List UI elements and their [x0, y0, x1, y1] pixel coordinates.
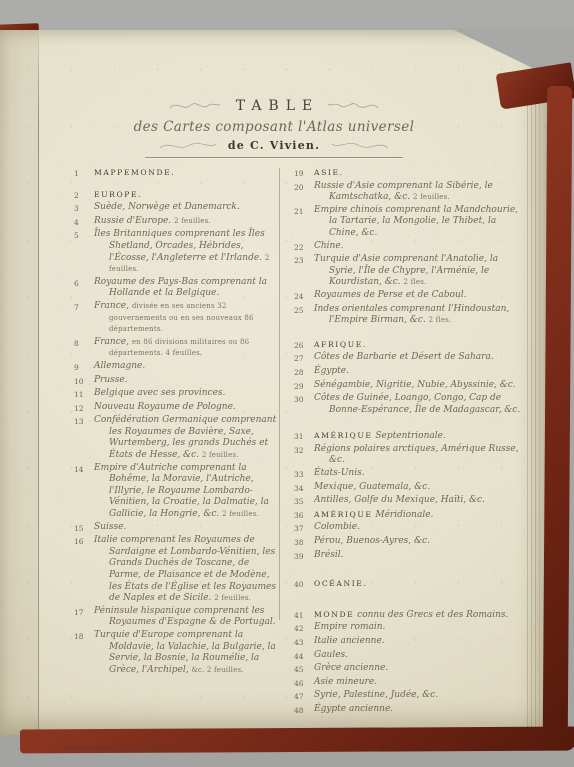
- toc-entry: 4Russie d'Europe. 2 feuilles.: [74, 216, 280, 229]
- toc-entry: 34Mexique, Guatemala, &c.: [294, 482, 524, 495]
- entry-text: Égypte ancienne.: [314, 704, 524, 717]
- entry-text: AMÉRIQUE Méridionale.: [314, 509, 524, 522]
- entry-number: 34: [294, 482, 314, 495]
- entry-number: 38: [294, 536, 314, 549]
- entry-number: 2: [74, 189, 94, 202]
- entry-number: 18: [74, 630, 94, 676]
- toc-entry: 39Brésil.: [294, 550, 524, 563]
- entry-number: 17: [74, 606, 94, 629]
- toc-entry: 28Égypte.: [294, 366, 524, 379]
- toc-entry: 8France, en 86 divisions militaires ou 8…: [74, 337, 280, 360]
- toc-entry: 20Russie d'Asie comprenant la Sibérie, l…: [294, 181, 524, 204]
- entry-number: 39: [294, 550, 314, 563]
- entry-text: Antilles, Golfe du Mexique, Haïti, &c.: [314, 495, 524, 508]
- entry-text: Indes orientales comprenant l'Hindoustan…: [314, 304, 524, 327]
- entry-text: Gaules.: [314, 650, 524, 663]
- entry-number: 33: [294, 468, 314, 481]
- entry-text: Sénégambie, Nigritie, Nubie, Abyssinie, …: [314, 380, 524, 393]
- entry-text: Côtes de Guinée, Loango, Congo, Cap de B…: [314, 393, 524, 416]
- toc-entry: 30Côtes de Guinée, Loango, Congo, Cap de…: [294, 393, 524, 416]
- entry-number: 31: [294, 430, 314, 443]
- toc-entry: 9Allemagne.: [74, 361, 280, 374]
- entry-number: 19: [294, 167, 314, 180]
- toc-entry: 42Empire romain.: [294, 622, 524, 635]
- entry-number: 4: [74, 216, 94, 229]
- toc-column-right: 19ASIE.20Russie d'Asie comprenant la Sib…: [294, 166, 524, 717]
- toc-entry: 24Royaumes de Perse et de Caboul.: [294, 290, 524, 303]
- entry-number: 16: [74, 535, 94, 605]
- toc-entry: 1MAPPEMONDE.: [74, 167, 280, 180]
- entry-number: 28: [294, 366, 314, 379]
- page-title: TABLE: [229, 98, 320, 114]
- toc-entry: 6Royaume des Pays-Bas comprenant la Holl…: [74, 277, 280, 300]
- entry-text: OCÉANIE.: [314, 578, 524, 591]
- entry-number: 29: [294, 380, 314, 393]
- entry-number: 5: [74, 229, 94, 275]
- entry-number: 6: [74, 277, 94, 300]
- toc-entry: 29Sénégambie, Nigritie, Nubie, Abyssinie…: [294, 380, 524, 393]
- entry-text: Royaumes de Perse et de Caboul.: [314, 290, 524, 303]
- toc-entry: 14Empire d'Autriche comprenant la Bohême…: [74, 463, 280, 521]
- toc-entry: 10Prusse.: [74, 375, 280, 388]
- toc-entry: 23Turquie d'Asie comprenant l'Anatolie, …: [294, 254, 524, 289]
- toc-entry: 31AMÉRIQUE Septentrionale.: [294, 430, 524, 443]
- toc-entry: 12Nouveau Royaume de Pologne.: [74, 402, 280, 415]
- entry-text: Suisse.: [94, 522, 280, 535]
- toc-entry: 7France, divisée en ses anciens 32 gouve…: [74, 301, 280, 336]
- entry-number: 1: [74, 167, 94, 180]
- toc-entry: 2EUROPE.: [74, 189, 280, 202]
- entry-number: 40: [294, 578, 314, 591]
- toc-entry: 18Turquie d'Europe comprenant la Moldavi…: [74, 630, 280, 676]
- entry-text: Confédération Germanique comprenant les …: [94, 415, 280, 461]
- entry-number: 37: [294, 522, 314, 535]
- entry-number: 44: [294, 650, 314, 663]
- scanned-atlas-page: TABLE des Cartes composant l'Atlas unive…: [0, 0, 574, 767]
- entry-text: Asie mineure.: [314, 677, 524, 690]
- entry-number: 48: [294, 704, 314, 717]
- entry-text: Pérou, Buenos-Ayres, &c.: [314, 536, 524, 549]
- entry-number: 30: [294, 393, 314, 416]
- flourish-left-icon: [169, 99, 221, 113]
- entry-text: Mexique, Guatemala, &c.: [314, 482, 524, 495]
- entry-text: Royaume des Pays-Bas comprenant la Holla…: [94, 277, 280, 300]
- entry-number: 8: [74, 337, 94, 360]
- toc-entry: 35Antilles, Golfe du Mexique, Haïti, &c.: [294, 495, 524, 508]
- header-rule: [145, 157, 403, 158]
- toc-entry: 21Empire chinois comprenant la Mandchour…: [294, 205, 524, 240]
- entry-number: 43: [294, 636, 314, 649]
- entry-text: Empire romain.: [314, 622, 524, 635]
- entry-number: 20: [294, 181, 314, 204]
- toc-entry: 47Syrie, Palestine, Judée, &c.: [294, 690, 524, 703]
- entry-text: Nouveau Royaume de Pologne.: [94, 402, 280, 415]
- entry-text: Îles Britanniques comprenant les Îles Sh…: [94, 229, 280, 275]
- toc-entry: 32Régions polaires arctiques, Amérique R…: [294, 444, 524, 467]
- flourish-author-left-icon: [158, 140, 218, 152]
- entry-text: Empire chinois comprenant la Mandchourie…: [314, 205, 524, 240]
- entry-number: 46: [294, 677, 314, 690]
- toc-entry: 26AFRIQUE.: [294, 339, 524, 352]
- page-gutter-shadow: [0, 30, 38, 735]
- entry-text: Syrie, Palestine, Judée, &c.: [314, 690, 524, 703]
- entry-number: 21: [294, 205, 314, 240]
- toc-entry: 48Égypte ancienne.: [294, 704, 524, 717]
- entry-text: Turquie d'Asie comprenant l'Anatolie, la…: [314, 254, 524, 289]
- entry-text: Empire d'Autriche comprenant la Bohême, …: [94, 463, 280, 521]
- entry-text: MONDE connu des Grecs et des Romains.: [314, 609, 524, 622]
- entry-number: 7: [74, 301, 94, 336]
- entry-number: 47: [294, 690, 314, 703]
- entry-text: Italie ancienne.: [314, 636, 524, 649]
- entry-number: 45: [294, 663, 314, 676]
- entry-number: 41: [294, 609, 314, 622]
- entry-text: Chine.: [314, 241, 524, 254]
- entry-number: 9: [74, 361, 94, 374]
- toc-entry: 22Chine.: [294, 241, 524, 254]
- scan-watermark: © Cartography Associates, David Rumsey C…: [56, 745, 171, 750]
- toc-entry: 19ASIE.: [294, 167, 524, 180]
- toc-entry: 15Suisse.: [74, 522, 280, 535]
- entry-number: 26: [294, 339, 314, 352]
- entry-text: Grèce ancienne.: [314, 663, 524, 676]
- toc-entry: 11Belgique avec ses provinces.: [74, 388, 280, 401]
- entry-text: Allemagne.: [94, 361, 280, 374]
- toc-entry: 43Italie ancienne.: [294, 636, 524, 649]
- toc-entry: 13Confédération Germanique comprenant le…: [74, 415, 280, 461]
- page-edge-line: [531, 92, 532, 731]
- entry-text: Suède, Norwège et Danemarck.: [94, 202, 280, 215]
- entry-text: Prusse.: [94, 375, 280, 388]
- toc-entry: 37Colombie.: [294, 522, 524, 535]
- entry-number: 36: [294, 509, 314, 522]
- entry-number: 35: [294, 495, 314, 508]
- toc-entry: 36AMÉRIQUE Méridionale.: [294, 509, 524, 522]
- toc-entry: 16Italie comprenant les Royaumes de Sard…: [74, 535, 280, 605]
- entry-number: 15: [74, 522, 94, 535]
- book-page: TABLE des Cartes composant l'Atlas unive…: [0, 30, 546, 735]
- entry-text: Régions polaires arctiques, Amérique Rus…: [314, 444, 524, 467]
- toc-entry: 17Péninsule hispanique comprenant les Ro…: [74, 606, 280, 629]
- toc-column-left: 1MAPPEMONDE.2EUROPE.3Suède, Norwège et D…: [74, 166, 280, 676]
- entry-text: France, en 86 divisions militaires ou 86…: [94, 337, 280, 360]
- entry-number: 12: [74, 402, 94, 415]
- entry-text: Colombie.: [314, 522, 524, 535]
- entry-number: 22: [294, 241, 314, 254]
- entry-text: France, divisée en ses anciens 32 gouver…: [94, 301, 280, 336]
- entry-number: 10: [74, 375, 94, 388]
- toc-entry: 25Indes orientales comprenant l'Hindoust…: [294, 304, 524, 327]
- entry-number: 3: [74, 202, 94, 215]
- toc-entry: 27Côtes de Barbarie et Désert de Sahara.: [294, 352, 524, 365]
- entry-text: MAPPEMONDE.: [94, 167, 280, 180]
- toc-entry: 46Asie mineure.: [294, 677, 524, 690]
- toc-entry: 45Grèce ancienne.: [294, 663, 524, 676]
- subtitle: des Cartes composant l'Atlas universel: [40, 119, 508, 135]
- entry-text: États-Unis.: [314, 468, 524, 481]
- entry-text: EUROPE.: [94, 189, 280, 202]
- entry-text: Russie d'Europe. 2 feuilles.: [94, 216, 280, 229]
- entry-number: 11: [74, 388, 94, 401]
- entry-text: AFRIQUE.: [314, 339, 524, 352]
- page-edge-line: [535, 92, 536, 731]
- entry-text: Égypte.: [314, 366, 524, 379]
- entry-text: Russie d'Asie comprenant la Sibérie, le …: [314, 181, 524, 204]
- entry-text: Italie comprenant les Royaumes de Sardai…: [94, 535, 280, 605]
- entry-number: 42: [294, 622, 314, 635]
- author-line: de C. Vivien.: [228, 139, 320, 152]
- entry-text: Belgique avec ses provinces.: [94, 388, 280, 401]
- page-edge-line: [539, 92, 540, 731]
- entry-text: Turquie d'Europe comprenant la Moldavie,…: [94, 630, 280, 676]
- page-gutter-fold: [38, 34, 39, 735]
- flourish-author-right-icon: [330, 140, 390, 152]
- entry-number: 25: [294, 304, 314, 327]
- toc-entry: 38Pérou, Buenos-Ayres, &c.: [294, 536, 524, 549]
- entry-text: Péninsule hispanique comprenant les Roya…: [94, 606, 280, 629]
- entry-number: 14: [74, 463, 94, 521]
- entry-number: 32: [294, 444, 314, 467]
- table-header: TABLE des Cartes composant l'Atlas unive…: [40, 98, 508, 158]
- toc-entry: 40OCÉANIE.: [294, 578, 524, 591]
- entry-text: AMÉRIQUE Septentrionale.: [314, 430, 524, 443]
- entry-text: Côtes de Barbarie et Désert de Sahara.: [314, 352, 524, 365]
- entry-text: ASIE.: [314, 167, 524, 180]
- toc-entry: 44Gaules.: [294, 650, 524, 663]
- toc-entry: 5Îles Britanniques comprenant les Îles S…: [74, 229, 280, 275]
- entry-text: Brésil.: [314, 550, 524, 563]
- entry-number: 23: [294, 254, 314, 289]
- toc-entry: 3Suède, Norwège et Danemarck.: [74, 202, 280, 215]
- flourish-right-icon: [327, 99, 379, 113]
- toc-entry: 33États-Unis.: [294, 468, 524, 481]
- page-edge-line: [527, 92, 528, 731]
- entry-number: 13: [74, 415, 94, 461]
- entry-number: 27: [294, 352, 314, 365]
- book-cover-right-edge: [543, 86, 573, 746]
- toc-entry: 41MONDE connu des Grecs et des Romains.: [294, 609, 524, 622]
- entry-number: 24: [294, 290, 314, 303]
